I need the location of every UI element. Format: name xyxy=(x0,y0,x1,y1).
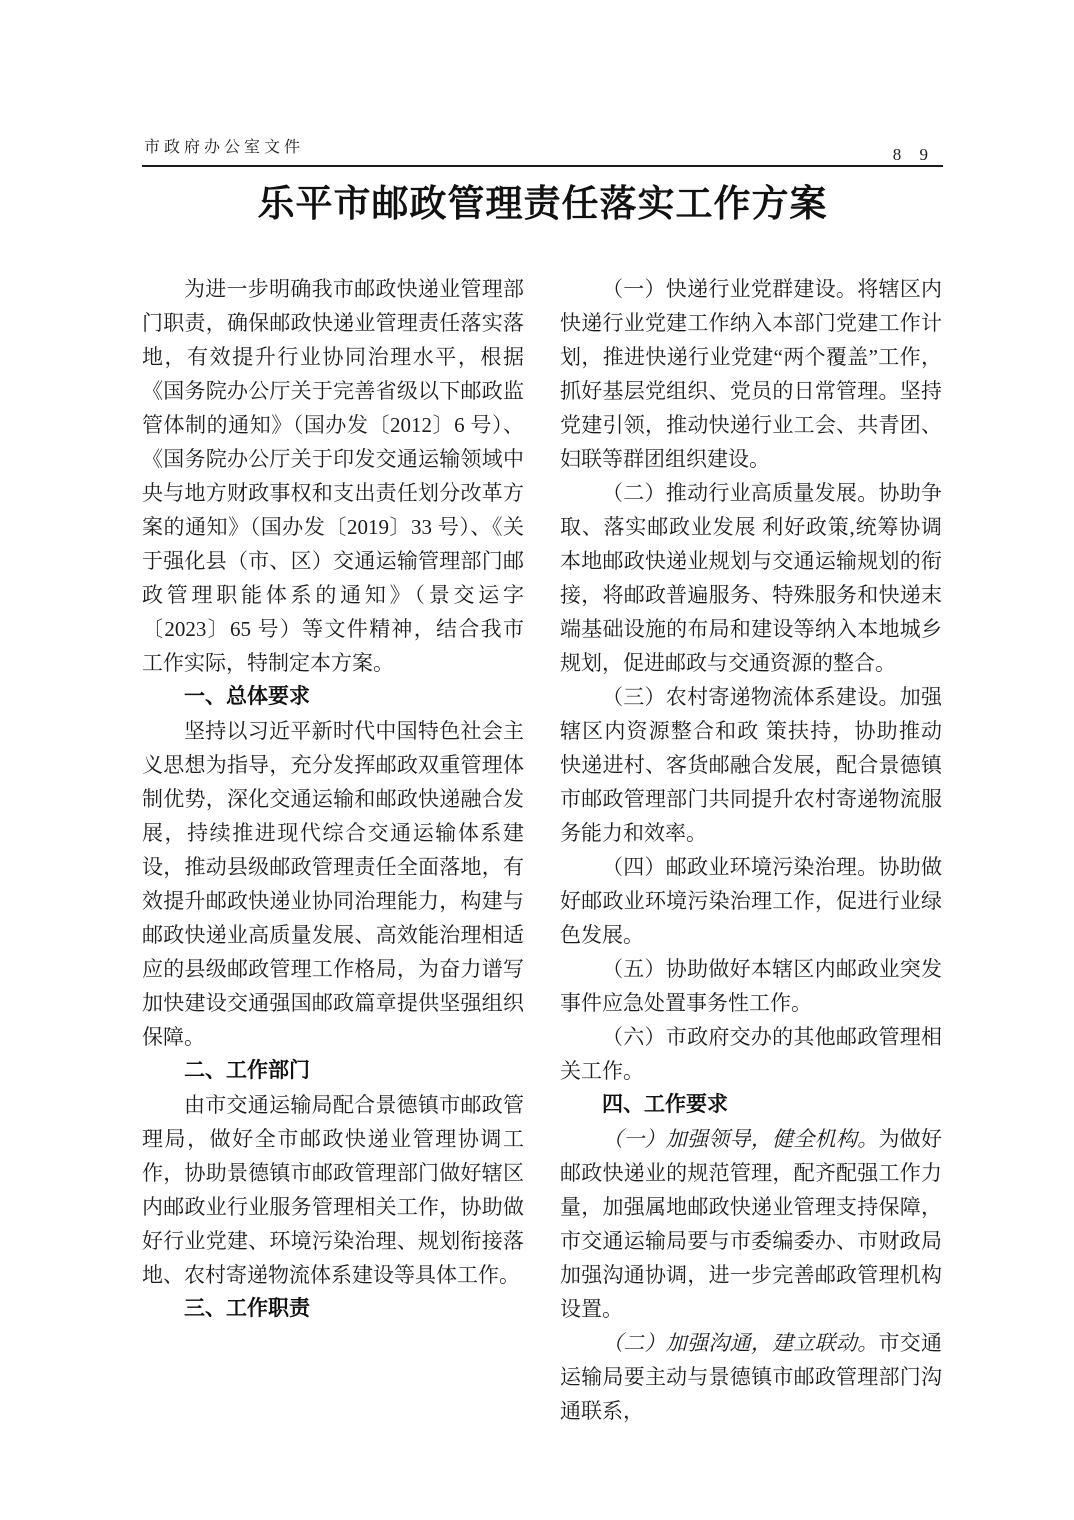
duty-item-3-rural-logistics: （三）农村寄递物流体系建设。加强辖区内资源整合和政 策扶持，协助推动快递进村、客… xyxy=(560,680,942,850)
section-heading-work-requirements: 四、工作要求 xyxy=(560,1088,942,1122)
section-heading-work-departments: 二、工作部门 xyxy=(142,1054,524,1088)
requirement-item-1-lead: （一）加强领导，健全机构。 xyxy=(602,1127,878,1151)
page-header: 市政府办公室文件 8 9 xyxy=(142,128,943,167)
requirement-item-1-strengthen-leadership: （一）加强领导，健全机构。为做好邮政快递业的规范管理，配齐配强工作力量，加强属地… xyxy=(560,1122,942,1326)
document-body: 为进一步明确我市邮政快递业管理部门职责，确保邮政快递业管理责任落实落地，有效提升… xyxy=(142,272,942,1428)
duty-item-5-emergency-response: （五）协助做好本辖区内邮政业突发事件应急处置事务性工作。 xyxy=(560,952,942,1020)
document-page: 市政府办公室文件 8 9 乐平市邮政管理责任落实工作方案 为进一步明确我市邮政快… xyxy=(0,0,1074,1520)
intro-paragraph: 为进一步明确我市邮政快递业管理部门职责，确保邮政快递业管理责任落实落地，有效提升… xyxy=(142,272,524,680)
doc-source-label: 市政府办公室文件 xyxy=(144,134,304,157)
duty-item-1-party-building: （一）快递行业党群建设。将辖区内快递行业党建工作纳入本部门党建工作计划，推进快递… xyxy=(560,272,942,476)
requirement-item-2-lead: （二）加强沟通，建立联动。 xyxy=(602,1331,878,1355)
section-heading-work-duties: 三、工作职责 xyxy=(142,1292,524,1326)
requirement-item-2-strengthen-communication: （二）加强沟通，建立联动。市交通运输局要主动与景德镇市邮政管理部门沟通联系， xyxy=(560,1326,942,1428)
page-number: 8 9 xyxy=(893,145,935,165)
right-column: （一）快递行业党群建设。将辖区内快递行业党建工作纳入本部门党建工作计划，推进快递… xyxy=(560,272,942,1428)
work-departments-paragraph: 由市交通运输局配合景德镇市邮政管理局，做好全市邮政快递业管理协调工作，协助景德镇… xyxy=(142,1088,524,1292)
overall-requirements-paragraph: 坚持以习近平新时代中国特色社会主义思想为指导，充分发挥邮政双重管理体制优势，深化… xyxy=(142,714,524,1054)
requirement-item-1-body: 为做好邮政快递业的规范管理，配齐配强工作力量，加强属地邮政快递业管理支持保障，市… xyxy=(560,1127,942,1321)
duty-item-4-pollution-control: （四）邮政业环境污染治理。协助做好邮政业环境污染治理工作，促进行业绿色发展。 xyxy=(560,850,942,952)
duty-item-2-high-quality-development: （二）推动行业高质量发展。协助争取、落实邮政业发展 利好政策,统筹协调本地邮政快… xyxy=(560,476,942,680)
left-column: 为进一步明确我市邮政快递业管理部门职责，确保邮政快递业管理责任落实落地，有效提升… xyxy=(142,272,524,1428)
section-heading-overall-requirements: 一、总体要求 xyxy=(142,680,524,714)
duty-item-6-other-tasks: （六）市政府交办的其他邮政管理相关工作。 xyxy=(560,1020,942,1088)
document-title: 乐平市邮政管理责任落实工作方案 xyxy=(142,184,943,224)
